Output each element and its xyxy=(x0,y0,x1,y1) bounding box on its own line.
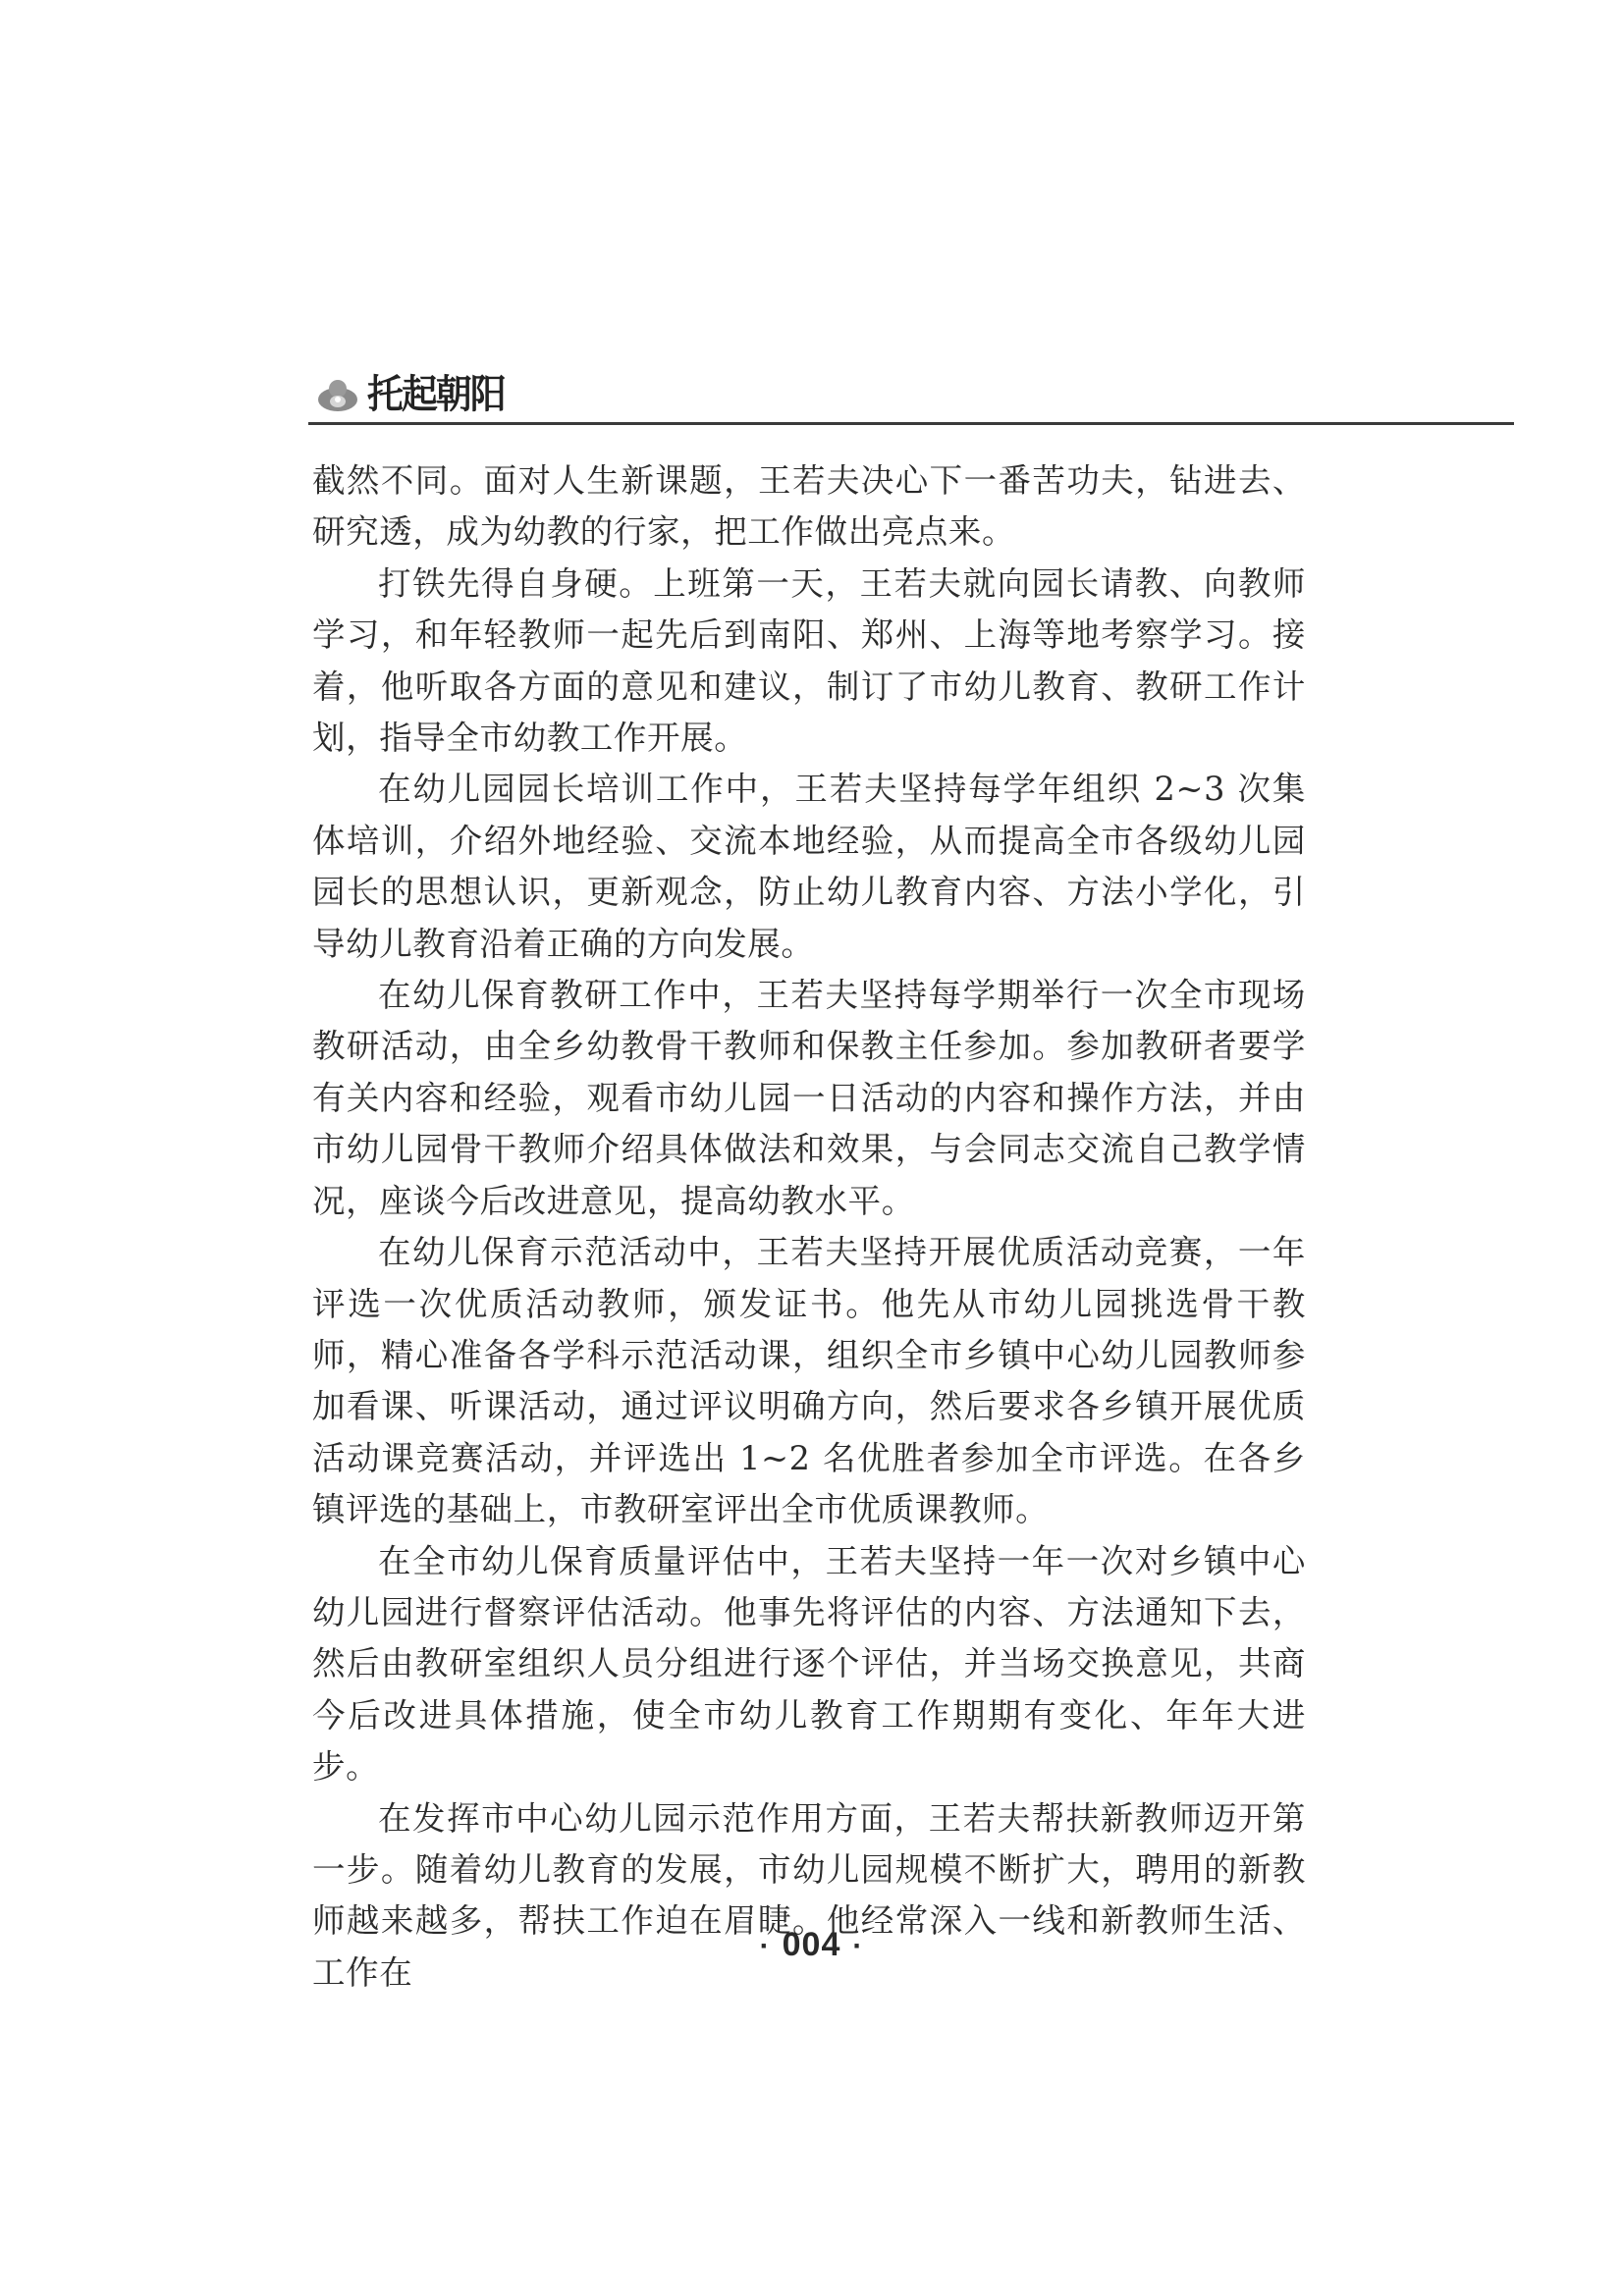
page-number-separator: · xyxy=(852,1930,863,1962)
paragraph: 在幼儿园园长培训工作中，王若夫坚持每学年组织 2~3 次集体培训，介绍外地经验、… xyxy=(312,764,1306,970)
running-header: 托起朝阳 xyxy=(308,369,1514,425)
paragraph: 在全市幼儿保育质量评估中，王若夫坚持一年一次对乡镇中心幼儿园进行督察评估活动。他… xyxy=(312,1536,1306,1793)
page-number-value: 004 xyxy=(783,1926,841,1963)
book-title: 托起朝阳 xyxy=(367,371,505,418)
paragraph: 在幼儿保育教研工作中，王若夫坚持每学期举行一次全市现场教研活动，由全乡幼教骨干教… xyxy=(312,970,1306,1227)
paragraph: 截然不同。面对人生新课题，王若夫决心下一番苦功夫，钻进去、研究透，成为幼教的行家… xyxy=(312,455,1306,559)
lotus-emblem-icon xyxy=(316,375,359,414)
paragraph: 打铁先得自身硬。上班第一天，王若夫就向园长请教、向教师学习，和年轻教师一起先后到… xyxy=(312,559,1306,765)
paragraph: 在发挥市中心幼儿园示范作用方面，王若夫帮扶新教师迈开第一步。随着幼儿教育的发展，… xyxy=(312,1793,1306,2000)
body-text: 截然不同。面对人生新课题，王若夫决心下一番苦功夫，钻进去、研究透，成为幼教的行家… xyxy=(312,455,1306,1999)
paragraph: 在幼儿保育示范活动中，王若夫坚持开展优质活动竞赛，一年评选一次优质活动教师，颁发… xyxy=(312,1227,1306,1535)
page-number: ·004· xyxy=(0,1926,1623,1964)
page-number-separator: · xyxy=(760,1930,771,1962)
